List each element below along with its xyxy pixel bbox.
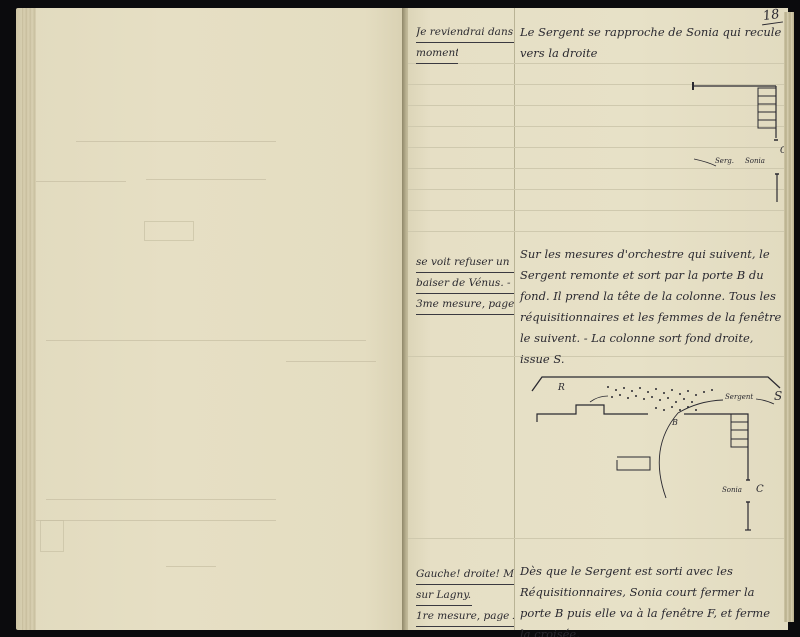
ruled-line [408, 538, 788, 539]
cue-line: sur Lagny. - [416, 585, 472, 606]
right-page: 18 Je reviendrai dans un moment. Le Serg… [408, 8, 788, 630]
diagram-label-r: R [557, 383, 565, 393]
bleed-through-line [46, 499, 276, 500]
notebook-spread: 18 Je reviendrai dans un moment. Le Serg… [0, 0, 800, 637]
cue-line: Gauche! droite! Marchons [416, 564, 514, 585]
column-divider [514, 8, 515, 630]
ruled-line [408, 231, 788, 232]
diagram-label-sergent: Serg. [715, 157, 734, 165]
cue-entry-1: Je reviendrai dans un moment. [416, 22, 514, 64]
cue-line: se voit refuser un [416, 252, 514, 273]
left-page [16, 8, 404, 630]
cue-line: Je reviendrai dans un [416, 22, 514, 43]
diagram-label-c: C [756, 484, 764, 495]
diagram-label-sonia: Sonia [722, 486, 742, 494]
stage-diagram-1: C Serg. Sonia [668, 78, 788, 208]
ruled-line [408, 210, 788, 211]
cue-line: baiser de Vénus. - [416, 273, 514, 294]
bleed-through-line [166, 566, 216, 567]
action-entry-1: Le Sergent se rapproche de Sonia qui rec… [520, 22, 782, 64]
stage-diagram-2: R S B Sergent [528, 368, 788, 538]
cue-line: moment. [416, 43, 458, 64]
bleed-through-line [36, 181, 126, 182]
cue-line: 1re mesure, page 29. [416, 606, 514, 627]
cue-entry-2: se voit refuser un baiser de Vénus. - 3m… [416, 252, 514, 315]
action-entry-2: Sur les mesures d'orchestre qui suivent,… [520, 244, 782, 370]
cue-line: 3me mesure, page 29. [416, 294, 514, 315]
crowd-marks [607, 386, 713, 411]
bleed-through-box [40, 520, 64, 552]
bleed-through-line [286, 361, 376, 362]
diagram-label-sergent: Sergent [725, 393, 753, 401]
bleed-through-line [46, 340, 366, 341]
diagram-label-sonia: Sonia [745, 157, 765, 165]
page-stack-edge [22, 8, 36, 630]
diagram-label-s: S [774, 389, 782, 403]
diagram-label-b: B [671, 418, 678, 427]
bleed-through-line [146, 179, 266, 180]
action-entry-3: Dès que le Sergent est sorti avec les Ré… [520, 561, 782, 637]
cue-entry-3: Gauche! droite! Marchons sur Lagny. - 1r… [416, 564, 514, 627]
bleed-through-box [144, 221, 194, 241]
bleed-through-line [36, 520, 276, 521]
page-stack-edge [784, 12, 794, 622]
bleed-through-line [76, 141, 276, 142]
